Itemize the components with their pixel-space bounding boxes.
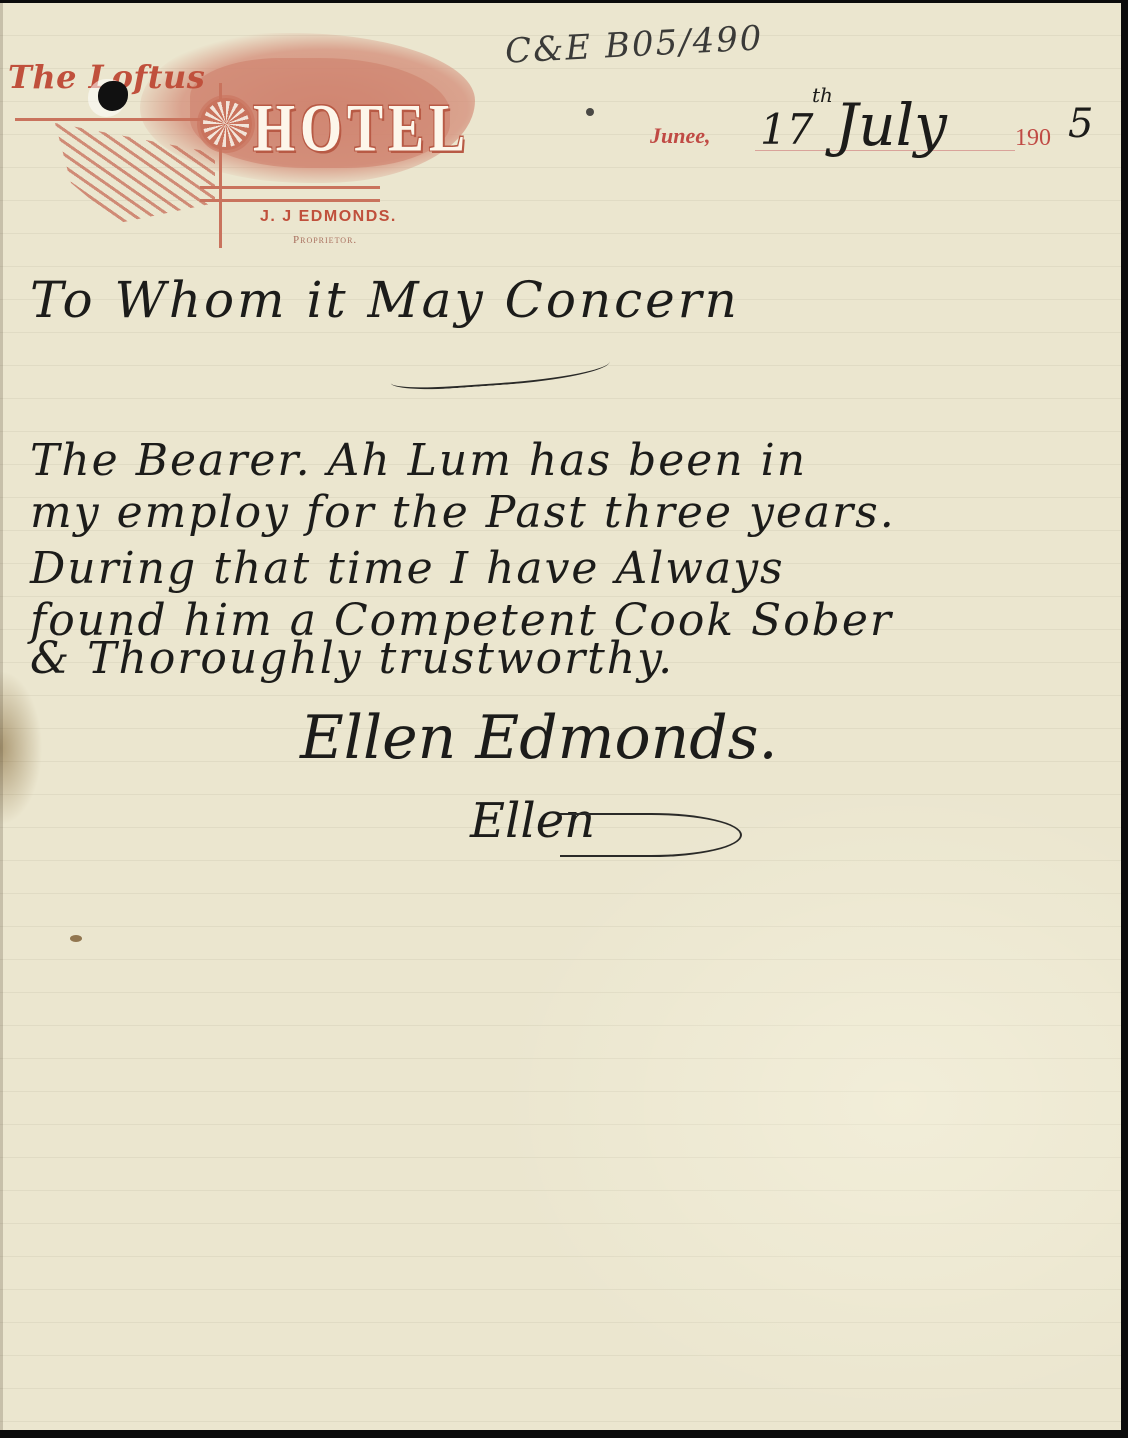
ink-spot: [586, 108, 594, 116]
date-year-printed: 190: [1015, 125, 1051, 152]
signature-flourish: [560, 813, 742, 857]
ink-spot: [70, 935, 82, 942]
body-line: During that time I have Always: [30, 543, 785, 594]
letterhead-hotel-title: HOTEL: [253, 89, 470, 167]
date-month: July: [835, 91, 947, 159]
body-line: my employ for the Past three years.: [30, 487, 896, 538]
punch-hole: [98, 81, 128, 111]
date-day: 17: [760, 105, 813, 154]
archive-reference-number: C&E B05/490: [504, 18, 764, 71]
date-year-handwritten: 5: [1068, 101, 1093, 147]
date-day-suffix: th: [812, 83, 833, 107]
letterhead-band: [200, 186, 380, 202]
proprietor-name: J. J EDMONDS.: [260, 208, 397, 226]
compass-wheel-icon: [200, 98, 252, 150]
date-place: Junee,: [650, 123, 711, 149]
letter-page: The Loftus HOTEL J. J EDMONDS. Proprieto…: [0, 3, 1121, 1430]
body-line: The Bearer. Ah Lum has been in: [30, 435, 807, 486]
signature: Ellen Edmonds.: [300, 703, 778, 773]
salutation-underline-flourish: [389, 345, 611, 392]
letterhead: The Loftus HOTEL J. J EDMONDS. Proprieto…: [0, 3, 480, 263]
proprietor-title: Proprietor.: [293, 234, 357, 246]
salutation: To Whom it May Concern: [30, 271, 740, 329]
body-line: & Thoroughly trustworthy.: [30, 633, 674, 684]
